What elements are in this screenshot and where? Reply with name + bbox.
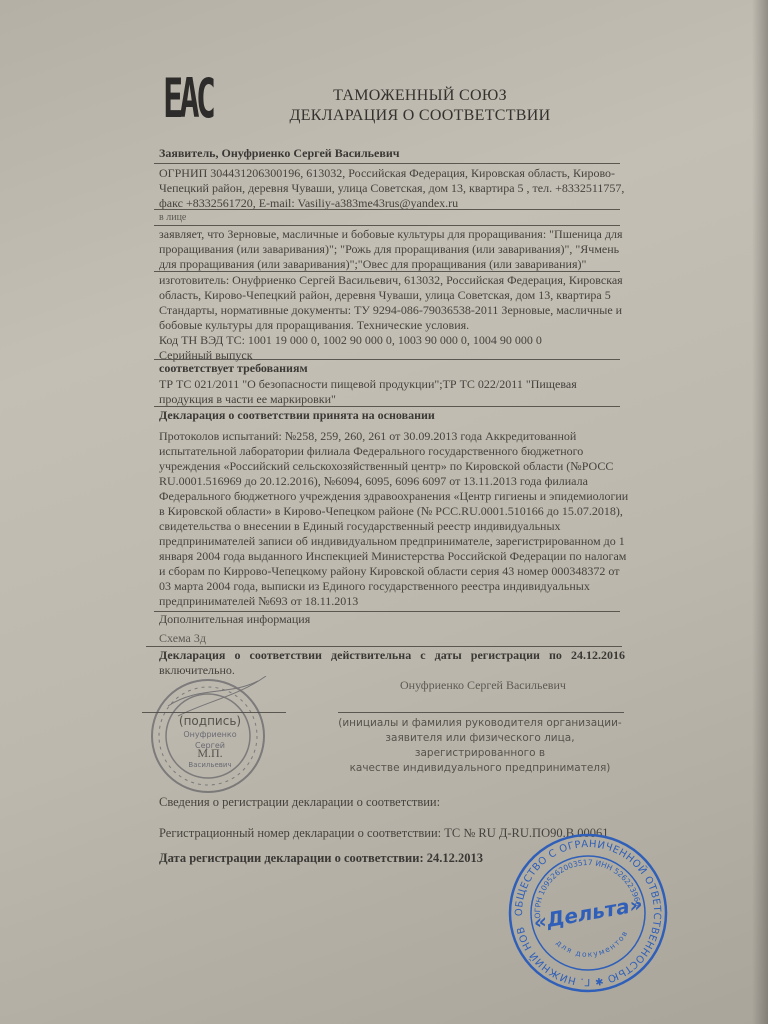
- paper-edge-shadow: [752, 0, 768, 1024]
- declaration-page: EAC ТАМОЖЕННЫЙ СОЮЗ ДЕКЛАРАЦИЯ О СООТВЕТ…: [0, 0, 768, 1024]
- manufacturer-block: изготовитель: Онуфриенко Сергей Васильев…: [159, 273, 629, 363]
- hs-code-line: Код ТН ВЭД ТС: 1001 19 000 0, 1002 90 00…: [159, 333, 629, 348]
- applicant-line: Чепецкий район, деревня Чуваши, улица Со…: [159, 181, 629, 196]
- declares-line: заявляет, что Зерновые, масличные и бобо…: [159, 227, 629, 242]
- registration-date: Дата регистрации декларации о соответств…: [159, 851, 483, 866]
- name-line: [338, 712, 624, 713]
- applicant-line: ОГРНИП 304431206300196, 613032, Российск…: [159, 166, 629, 181]
- svg-text:«Дельта»: «Дельта»: [532, 892, 644, 935]
- signatory-role-caption: (инициалы и фамилия руководителя организ…: [335, 716, 625, 776]
- role-caption-line: (инициалы и фамилия руководителя организ…: [335, 716, 625, 731]
- title-line-declaration: ДЕКЛАРАЦИЯ О СООТВЕТСТВИИ: [280, 106, 560, 126]
- scheme-value: Схема 3д: [159, 631, 206, 646]
- divider: [154, 359, 620, 360]
- basis-label: Декларация о соответствии принята на осн…: [159, 408, 435, 423]
- applicant-label: Заявитель, Онуфриенко Сергей Васильевич: [159, 146, 400, 161]
- in-person-label: в лице: [159, 210, 186, 225]
- divider: [154, 225, 620, 226]
- basis-line: предпринимателей №693 от 18.11.2013: [159, 594, 629, 609]
- divider: [154, 163, 620, 164]
- basis-line: Федерального бюджетного учреждения здрав…: [159, 489, 629, 504]
- manufacturer-line: область, Кирово-Чепецкий район, деревня …: [159, 288, 629, 303]
- declares-line: проращивания (или заваривания)"; "Рожь д…: [159, 242, 629, 257]
- basis-line: предпринимателей записи об индивидуально…: [159, 534, 629, 549]
- basis-line: испытательной лаборатории филиала Федера…: [159, 444, 629, 459]
- requirements-block: ТР ТС 021/2011 "О безопасности пищевой п…: [159, 377, 629, 407]
- document-title: ТАМОЖЕННЫЙ СОЮЗ ДЕКЛАРАЦИЯ О СООТВЕТСТВИ…: [280, 86, 560, 126]
- requirements-line: продукция в части ее маркировки": [159, 392, 629, 407]
- basis-line: RU.0001.516969 до 20.12.2016), №6094, 60…: [159, 474, 629, 489]
- role-caption-line: качестве индивидуального предпринимателя…: [335, 761, 625, 776]
- divider: [154, 406, 620, 407]
- basis-line: января 2004 года выданного Инспекцией Ми…: [159, 549, 629, 564]
- declares-line: для проращивания (или заваривания)";"Ове…: [159, 257, 629, 272]
- validity-line: Декларация о соответствии действительна …: [159, 648, 625, 663]
- basis-line: и сборам по Киррово-Чепецкому району Кир…: [159, 564, 629, 579]
- title-line-customs-union: ТАМОЖЕННЫЙ СОЮЗ: [280, 86, 560, 106]
- registration-label: Сведения о регистрации декларации о соот…: [159, 795, 440, 810]
- delta-company-stamp: ОБЩЕСТВО С ОГРАНИЧЕННОЙ ОТВЕТСТВЕННОСТЬЮ…: [505, 830, 671, 996]
- stamp-text-patronymic: Васильевич: [175, 758, 245, 773]
- divider: [154, 209, 620, 210]
- role-caption-line: заявителя или физического лица, зарегист…: [335, 731, 625, 761]
- basis-line: 03 марта 2004 года, выписки из Единого г…: [159, 579, 629, 594]
- additional-info-label: Дополнительная информация: [159, 612, 310, 627]
- requirements-line: ТР ТС 021/2011 "О безопасности пищевой п…: [159, 377, 629, 392]
- manufacturer-line: изготовитель: Онуфриенко Сергей Васильев…: [159, 273, 629, 288]
- applicant-details: ОГРНИП 304431206300196, 613032, Российск…: [159, 166, 629, 211]
- eac-logo: EAC: [163, 72, 212, 126]
- basis-line: Протоколов испытаний: №258, 259, 260, 26…: [159, 429, 629, 444]
- divider: [154, 271, 620, 272]
- declares-block: заявляет, что Зерновые, масличные и бобо…: [159, 227, 629, 272]
- requirements-label: соответствует требованиям: [159, 361, 308, 376]
- standards-line: бобовые культуры для проращивания. Техни…: [159, 318, 629, 333]
- basis-line: свидетельства о внесении в Единый госуда…: [159, 519, 629, 534]
- basis-line: учреждения «Российский сельскохозяйствен…: [159, 459, 629, 474]
- basis-line: в Кировской области» в Кирово-Чепецком р…: [159, 504, 629, 519]
- standards-line: Стандарты, нормативные документы: ТУ 929…: [159, 303, 629, 318]
- basis-block: Протоколов испытаний: №258, 259, 260, 26…: [159, 429, 629, 609]
- divider: [146, 646, 622, 647]
- signatory-name: Онуфриенко Сергей Васильевич: [400, 678, 566, 693]
